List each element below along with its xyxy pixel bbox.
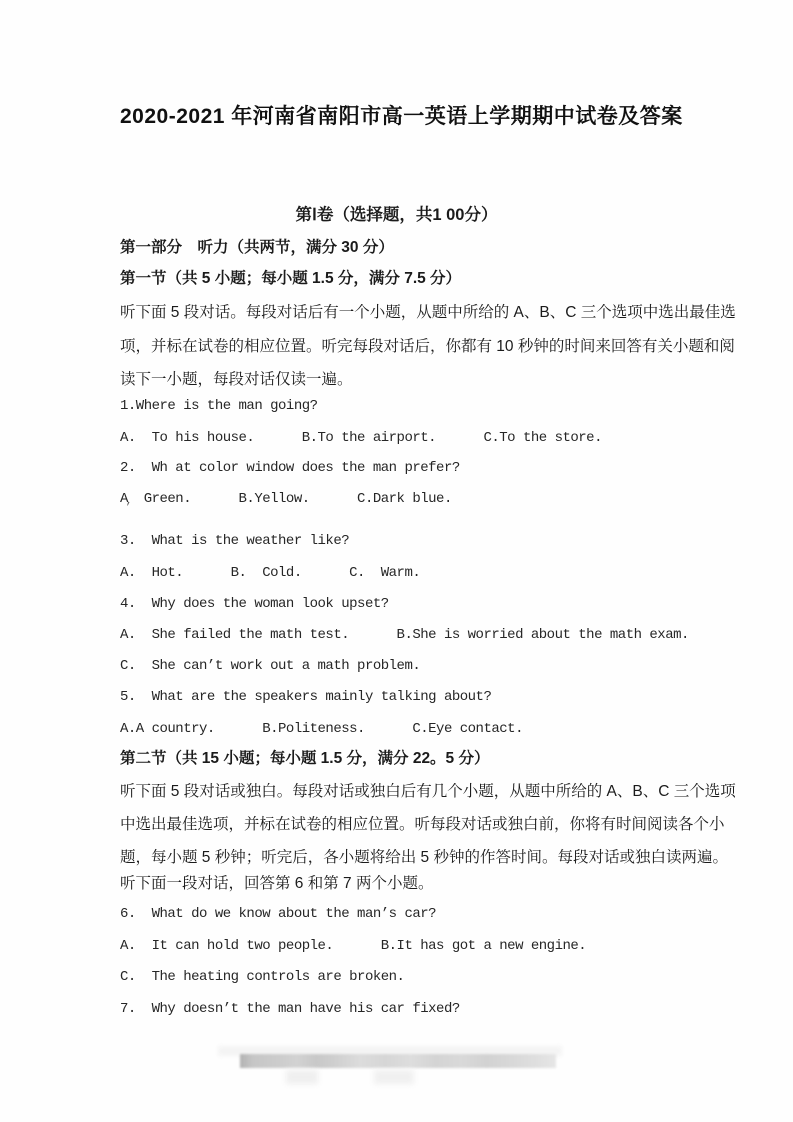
question-6: 6. What do we know about the man’s car? [120,904,436,924]
question-3: 3. What is the weather like? [120,531,349,551]
exam-paper-page: 2020-2021 年河南省南阳市高一英语上学期期中试卷及答案 第Ⅰ卷（选择题，… [0,0,793,1122]
question-6-option-c: C. The heating controls are broken. [120,967,404,987]
part1-heading: 第一部分 听力（共两节，满分 30 分） [120,237,394,259]
question-4: 4. Why does the woman look upset? [120,594,389,614]
watermark-blurred-bar [240,1054,556,1068]
question-6-options-ab: A. It can hold two people. B.It has got … [120,936,586,956]
question-2: 2. Wh at color window does the man prefe… [120,458,460,478]
watermark-blur-blob-left [286,1070,318,1084]
question-2-options: A Green. B.Yellow. C.Dark blue. [120,489,452,509]
section2-heading: 第二节（共 15 小题；每小题 1.5 分，满分 22。5 分） [120,748,490,770]
question-5-options: A.A country. B.Politeness. C.Eye contact… [120,719,523,739]
question-7: 7. Why doesn’t the man have his car fixe… [120,999,460,1019]
section2-instructions-line2: 中选出最佳选项，并标在试卷的相应位置。听每段对话或独白前，你将有时间阅读各个小 [120,814,725,836]
question-4-option-c: C. She can’t work out a math problem. [120,656,420,676]
page-title: 2020-2021 年河南省南阳市高一英语上学期期中试卷及答案 [120,100,683,130]
section1-heading: 第一节（共 5 小题；每小题 1.5 分，满分 7.5 分） [120,268,461,290]
scan-artifact-mark: ’ [125,502,132,514]
section2-instructions-line1: 听下面 5 段对话或独白。每段对话或独白后有几个小题，从题中所给的 A、B、C … [120,781,736,803]
question-4-options-ab: A. She failed the math test. B.She is wo… [120,625,689,645]
section2-instructions-line3: 题，每小题 5 秒钟；听完后，各小题将给出 5 秒钟的作答时间。每段对话或独白读… [120,847,728,869]
volume-heading: 第Ⅰ卷（选择题，共1 00分） [0,204,793,226]
section1-instructions-line1: 听下面 5 段对话。每段对话后有一个小题，从题中所给的 A、B、C 三个选项中选… [120,302,736,324]
section1-instructions-line2: 项，并标在试卷的相应位置。听完每段对话后，你都有 10 秒钟的时间来回答有关小题… [120,336,735,358]
section1-instructions-line3: 读下一小题，每段对话仅读一遍。 [120,369,353,391]
watermark-blur-blob-right [374,1070,414,1084]
section2-lead: 听下面一段对话，回答第 6 和第 7 两个小题。 [120,873,433,895]
question-1-options: A. To his house. B.To the airport. C.To … [120,428,602,448]
question-3-options: A. Hot. B. Cold. C. Warm. [120,563,420,583]
question-5: 5. What are the speakers mainly talking … [120,687,491,707]
question-1: 1.Where is the man going? [120,396,318,416]
